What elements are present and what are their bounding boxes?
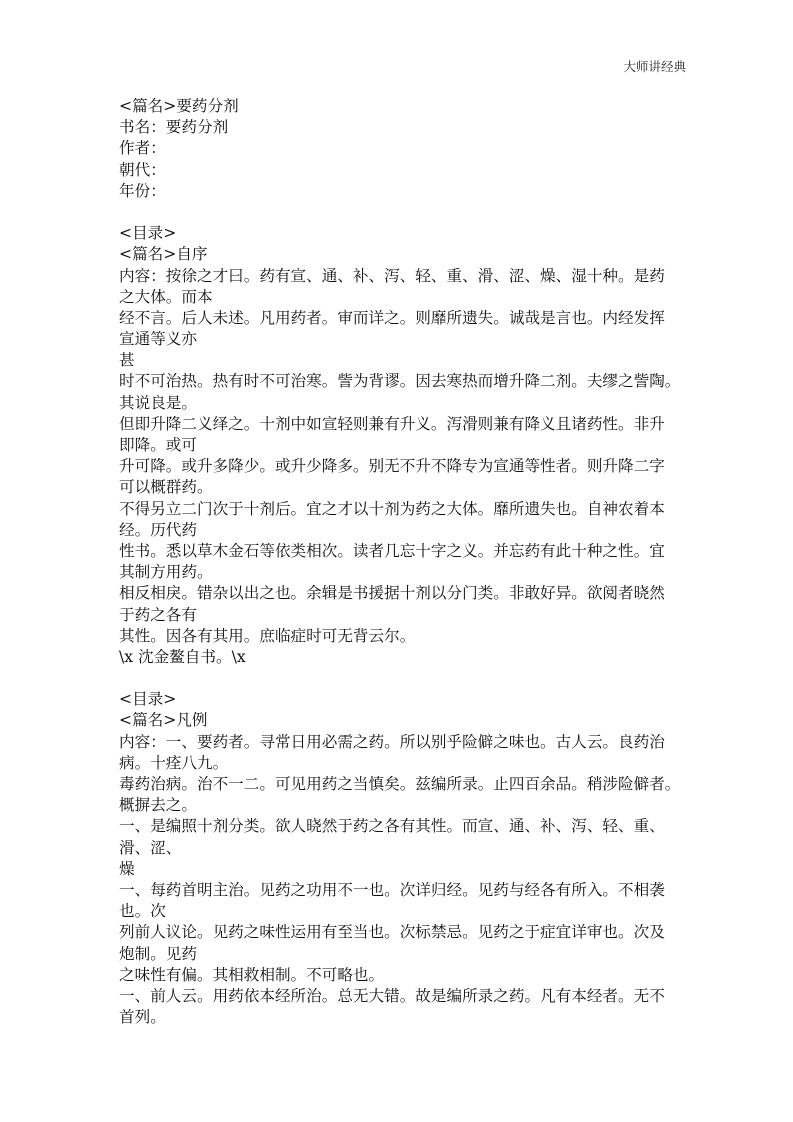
text-line: 其性。因各有其用。庶临症时可无背云尔。 (119, 626, 689, 647)
toc-tag: <目录> (119, 689, 689, 710)
text-line: 甚 (119, 350, 689, 371)
text-line: 也。次 (119, 901, 689, 922)
text-line: 炮制。见药 (119, 944, 689, 965)
meta-year: 年份： (119, 181, 689, 202)
meta-book-name: 书名：要药分剂 (119, 117, 689, 138)
text-line: 首列。 (119, 1007, 689, 1028)
text-line: 于药之各有 (119, 605, 689, 626)
running-header: 大师讲经典 (623, 57, 686, 75)
document-body: <篇名>要药分剂 书名：要药分剂 作者： 朝代： 年份： <目录> <篇名>自序… (119, 96, 689, 1028)
text-line: 一、前人云。用药依本经所治。总无大错。故是编所录之药。凡有本经者。无不 (119, 986, 689, 1007)
text-line: 经。历代药 (119, 520, 689, 541)
meta-title: <篇名>要药分剂 (119, 96, 689, 117)
text-line: 滑、涩、 (119, 838, 689, 859)
text-line: 内容：按徐之才曰。药有宣、通、补、泻、轻、重、滑、涩、燥、湿十种。是药 (119, 266, 689, 287)
text-line: 性书。悉以草木金石等依类相次。读者几忘十字之义。并忘药有此十种之性。宜 (119, 541, 689, 562)
text-line: 即降。或可 (119, 435, 689, 456)
meta-dynasty: 朝代： (119, 160, 689, 181)
text-line: 概摒去之。 (119, 795, 689, 816)
text-line: 经不言。后人未述。凡用药者。审而详之。则靡所遗失。诚哉是言也。内经发挥 (119, 308, 689, 329)
text-line: \x 沈金鳌自书。\x (119, 647, 689, 668)
section-title: <篇名>自序 (119, 244, 689, 265)
text-line: 之味性有偏。其相救相制。不可略也。 (119, 965, 689, 986)
text-line: 病。十痊八九。 (119, 753, 689, 774)
text-line: 燥 (119, 859, 689, 880)
text-line: 可以概群药。 (119, 477, 689, 498)
text-line: 但即升降二义绎之。十剂中如宣轻则兼有升义。泻滑则兼有降义且诸药性。非升 (119, 414, 689, 435)
text-line: 升可降。或升多降少。或升少降多。别无不升不降专为宣通等性者。则升降二字 (119, 456, 689, 477)
spacer (119, 668, 689, 689)
section-title: <篇名>凡例 (119, 710, 689, 731)
text-line: 一、是编照十剂分类。欲人晓然于药之各有其性。而宣、通、补、泻、轻、重、 (119, 816, 689, 837)
toc-tag: <目录> (119, 223, 689, 244)
section-text: 内容：按徐之才曰。药有宣、通、补、泻、轻、重、滑、涩、燥、湿十种。是药之大体。而… (119, 266, 689, 669)
section-preface: <目录> <篇名>自序 内容：按徐之才曰。药有宣、通、补、泻、轻、重、滑、涩、燥… (119, 223, 689, 668)
text-line: 之大体。而本 (119, 287, 689, 308)
section-text: 内容：一、要药者。寻常日用必需之药。所以别乎险僻之味也。古人云。良药治病。十痊八… (119, 732, 689, 1029)
text-line: 内容：一、要药者。寻常日用必需之药。所以别乎险僻之味也。古人云。良药治 (119, 732, 689, 753)
text-line: 其制方用药。 (119, 562, 689, 583)
text-line: 相反相戾。错杂以出之也。余辑是书援据十剂以分门类。非敢好异。欲阅者晓然 (119, 583, 689, 604)
text-line: 其说良是。 (119, 393, 689, 414)
text-line: 一、每药首明主治。见药之功用不一也。次详归经。见药与经各有所入。不相袭 (119, 880, 689, 901)
spacer (119, 202, 689, 223)
section-rules: <目录> <篇名>凡例 内容：一、要药者。寻常日用必需之药。所以别乎险僻之味也。… (119, 689, 689, 1028)
metadata-block: <篇名>要药分剂 书名：要药分剂 作者： 朝代： 年份： (119, 96, 689, 202)
text-line: 毒药治病。治不一二。可见用药之当慎矣。兹编所录。止四百余品。稍涉险僻者。 (119, 774, 689, 795)
text-line: 时不可治热。热有时不可治寒。訾为背谬。因去寒热而增升降二剂。夫缪之訾陶。 (119, 371, 689, 392)
text-line: 不得另立二门次于十剂后。宜之才以十剂为药之大体。靡所遗失也。自神农着本 (119, 499, 689, 520)
text-line: 列前人议论。见药之味性运用有至当也。次标禁忌。见药之于症宜详审也。次及 (119, 922, 689, 943)
meta-author: 作者： (119, 138, 689, 159)
text-line: 宣通等义亦 (119, 329, 689, 350)
